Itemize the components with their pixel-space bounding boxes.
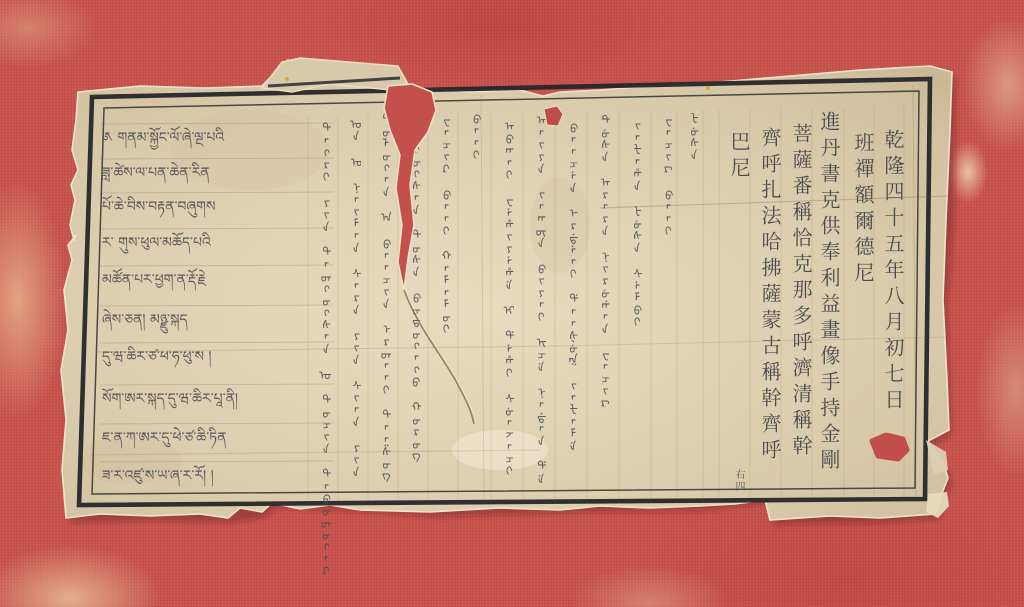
mongolian-column: ᠸᠠᠴᠢᠷ ᠪᠠᠨᠢ ᠬᠡᠮᠡᠮᠦᠢ bbox=[434, 114, 455, 334]
manchu-column: ᠠᠨᡳᠶᠠ ᠵᠠᡴᡡᠨ ᠪᡳᠶᠠᡳ ᡳᠴᡝ ᠨᠠᡩᠠᠨ ᡩᡝ bbox=[529, 114, 550, 484]
mongolian-column: ᠪᠠᠨᠢ bbox=[464, 112, 485, 160]
manchu-column: ᠸᠠᠴᡳᡵ ᠪᠠᠨᡳ bbox=[656, 114, 677, 236]
chinese-column: 齊呼扎法哈拂薩蒙古稱幹齊呼 bbox=[755, 127, 784, 465]
tibetan-line: དུ་ཝ་ཆིར་ཙ་ཕ་ཧ་ཕུ་ས ། bbox=[102, 340, 336, 380]
tibetan-line: ཇ་ན་ཀ་ཨར་དུ་ཕེ་ཙ་ཆི་ཏིན bbox=[102, 421, 336, 461]
mounting-fabric: ༁ གནམ་སྐྱོང་ལོ་ཞེ་ལྔ་པའི ཟླ་ཚེས་ལ་པན་ཆེན… bbox=[0, 0, 1024, 607]
mongolian-column: ᠳᠣᠯᠣᠭᠠᠨ ᠠ ᠪᠠᠨᠴᠢᠨ ᠡᠷᠳᠡᠨᠢ ᠳᠠᠨᠱᠤᠭ bbox=[374, 113, 395, 481]
tibetan-line: མཚོན་པར་ཕྱག་ན་རྡོ་རྗེ bbox=[102, 263, 336, 303]
chinese-column: 巴尼 bbox=[724, 131, 753, 183]
tibetan-line: སོག་ཨར་སྐད་དུ་ཝ་ཆིར་པཱ་ནི། bbox=[102, 382, 336, 422]
tibetan-line: ཞེས་ཅན། མཉྫུ་སྐད bbox=[102, 303, 336, 343]
manchu-column: ᠠᠪᡴᠠᡳ ᠸᡝᡥᡳᠶᡝᡥᡝ ᡳ ᡩᡝᡥᡳ ᠰᡠᠨᠵᠠᠴᡳ bbox=[497, 120, 518, 476]
chinese-page-label: 右四 bbox=[731, 469, 746, 493]
manchu-column: ᡶᡠᠰᠠ bbox=[682, 112, 703, 160]
manchu-column: ᠪᠠᠨᠴᡝᠨ ᡝᡵᡩᡝᠨᡳ ᡩᠠᠨᡧᡠᡴ ᠵᠠᡶᠠᠮᡝ bbox=[561, 121, 582, 451]
mongolian-column: ᠣᠨ ᠤ ᠨᠠᠢᠮᠠᠨ ᠰᠠᠷᠠ ᠶᠢᠨ ᠰᠢᠨᠡ ᠶᠢᠨ bbox=[344, 117, 365, 477]
chinese-column: 菩薩番稱恰克那多呼濟清稱幹 bbox=[786, 123, 815, 461]
inscription-text: ༁ གནམ་སྐྱོང་ལོ་ཞེ་ལྔ་པའི ཟླ་ཚེས་ལ་པན་ཆེན… bbox=[0, 0, 1024, 607]
mongolian-column: ᠡᠷᠭᠦᠭᠰᠡᠨ ᠲᠤᠰᠠ ᠪᠦᠲᠦᠭᠡᠬᠦ ᠬᠥᠷᠥᠭ bbox=[404, 119, 425, 461]
tibetan-line: ༁ གནམ་སྐྱོང་ལོ་ཞེ་ལྔ་པའི bbox=[102, 121, 336, 161]
chinese-column: 班禪額爾德尼 bbox=[848, 132, 877, 288]
chinese-column: 乾隆四十五年八月初七日 bbox=[878, 129, 907, 415]
tibetan-line: ཟ་ར་འཛུ་ས་ཡ་ཞ་ར་རོ། ། bbox=[102, 459, 336, 499]
mongolian-column: ᠲᠨᠭᠷᠢ ᠶᠢᠨ ᠲᠡᠳᠬᠦᠭᠰᠡᠨ ᠦ ᠳᠥᠴᠢᠨ ᠲᠠᠪᠤᠳᠤᠭᠠᠷ bbox=[314, 122, 335, 494]
chinese-column: 進丹書克供奉利益畫像手持金剛 bbox=[814, 111, 843, 475]
manchu-column: ᠵᠠᡶᠠᡥᠠ ᡶᡠᠰᠠ ᠰᡝᠮᠪᡳ bbox=[625, 119, 646, 327]
manchu-column: ᡨᡠᠰᠠ ᠠᡵᠠᡵᠠ ᠨᡳᡵᡠᡤᠠᠨ ᠸᠠᠴᡳᡵ bbox=[593, 114, 614, 408]
tibetan-line: ར་ གུས་ཕུལ་མཆོད་པའི bbox=[102, 226, 336, 266]
tibetan-line: པོ་ཆེ་བིས་བརྟན་བཞུགས bbox=[102, 190, 336, 230]
